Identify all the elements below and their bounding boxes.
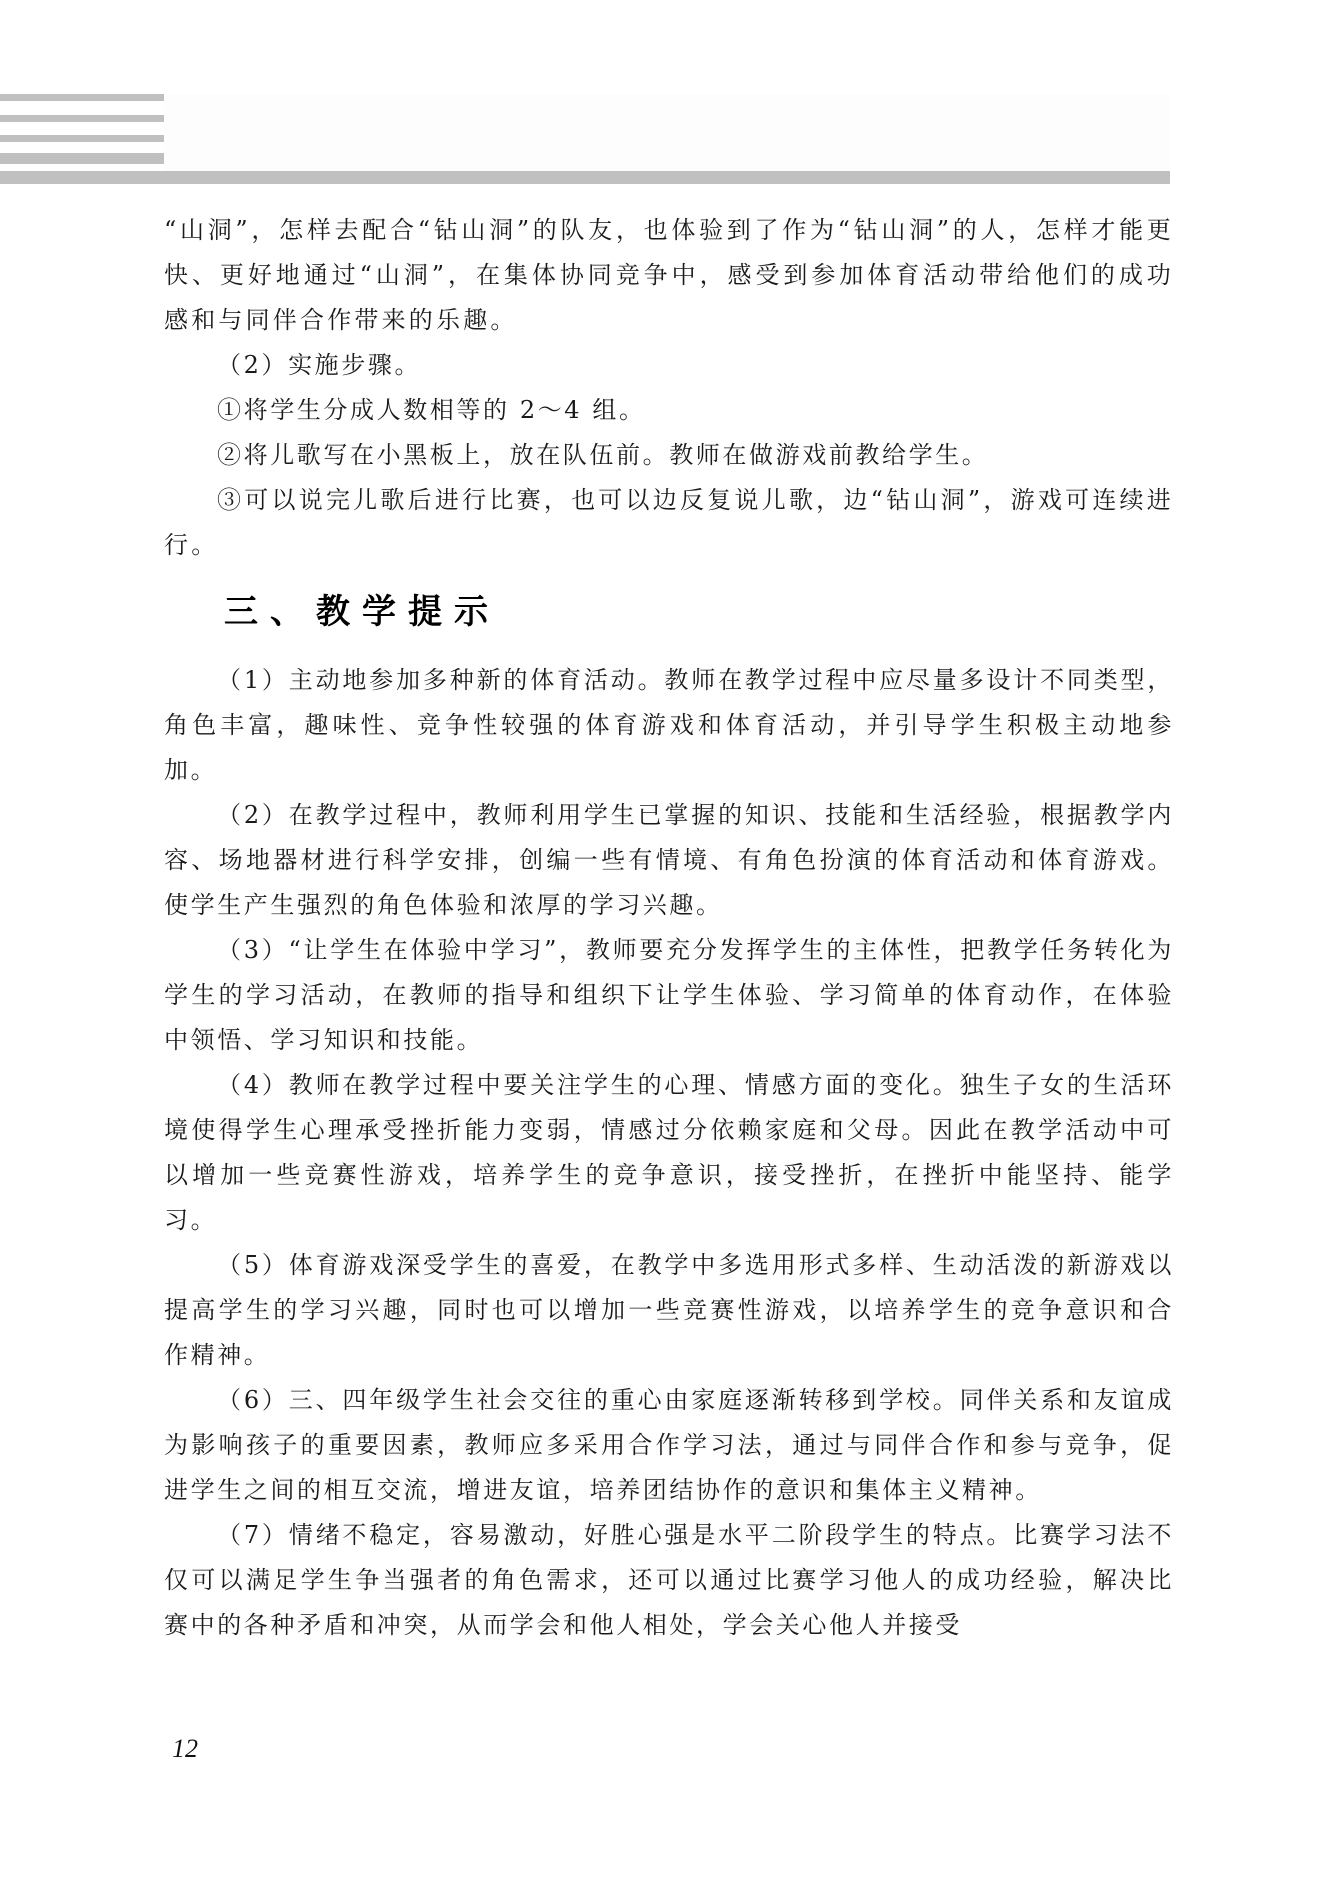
tip-paragraph: （5）体育游戏深受学生的喜爱，在教学中多选用形式多样、生动活泼的新游戏以提高学生… — [164, 1243, 1174, 1378]
tip-paragraph: （6）三、四年级学生社会交往的重心由家庭逐渐转移到学校。同伴关系和友谊成为影响孩… — [164, 1378, 1174, 1513]
step-item: ②将儿歌写在小黑板上，放在队伍前。教师在做游戏前教给学生。 — [164, 433, 1174, 478]
section-heading: 三、教学提示 — [224, 582, 1174, 642]
header-band — [164, 94, 1170, 171]
page-number: 12 — [172, 1734, 198, 1764]
tip-paragraph: （4）教师在教学过程中要关注学生的心理、情感方面的变化。独生子女的生活环境使得学… — [164, 1063, 1174, 1243]
header-stripe — [0, 135, 164, 142]
tip-paragraph: （3）“让学生在体验中学习”，教师要充分发挥学生的主体性，把教学任务转化为学生的… — [164, 928, 1174, 1063]
header-stripe — [0, 94, 164, 101]
step-item: ③可以说完儿歌后进行比赛，也可以边反复说儿歌，边“钻山洞”，游戏可连续进行。 — [164, 478, 1174, 568]
header-rule — [0, 171, 1170, 184]
header-stripe — [0, 115, 164, 122]
page-body: “山洞”，怎样去配合“钻山洞”的队友，也体验到了作为“钻山洞”的人，怎样才能更快… — [164, 208, 1174, 1648]
step-item: ①将学生分成人数相等的 2～4 组。 — [164, 388, 1174, 433]
steps-title: （2）实施步骤。 — [164, 343, 1174, 388]
header-stripe — [0, 153, 164, 164]
tip-paragraph: （2）在教学过程中，教师利用学生已掌握的知识、技能和生活经验，根据教学内容、场地… — [164, 793, 1174, 928]
tip-paragraph: （1）主动地参加多种新的体育活动。教师在教学过程中应尽量多设计不同类型，角色丰富… — [164, 658, 1174, 793]
header-stripes — [0, 0, 1331, 190]
intro-continuation: “山洞”，怎样去配合“钻山洞”的队友，也体验到了作为“钻山洞”的人，怎样才能更快… — [164, 208, 1174, 343]
tip-paragraph: （7）情绪不稳定，容易激动，好胜心强是水平二阶段学生的特点。比赛学习法不仅可以满… — [164, 1513, 1174, 1648]
